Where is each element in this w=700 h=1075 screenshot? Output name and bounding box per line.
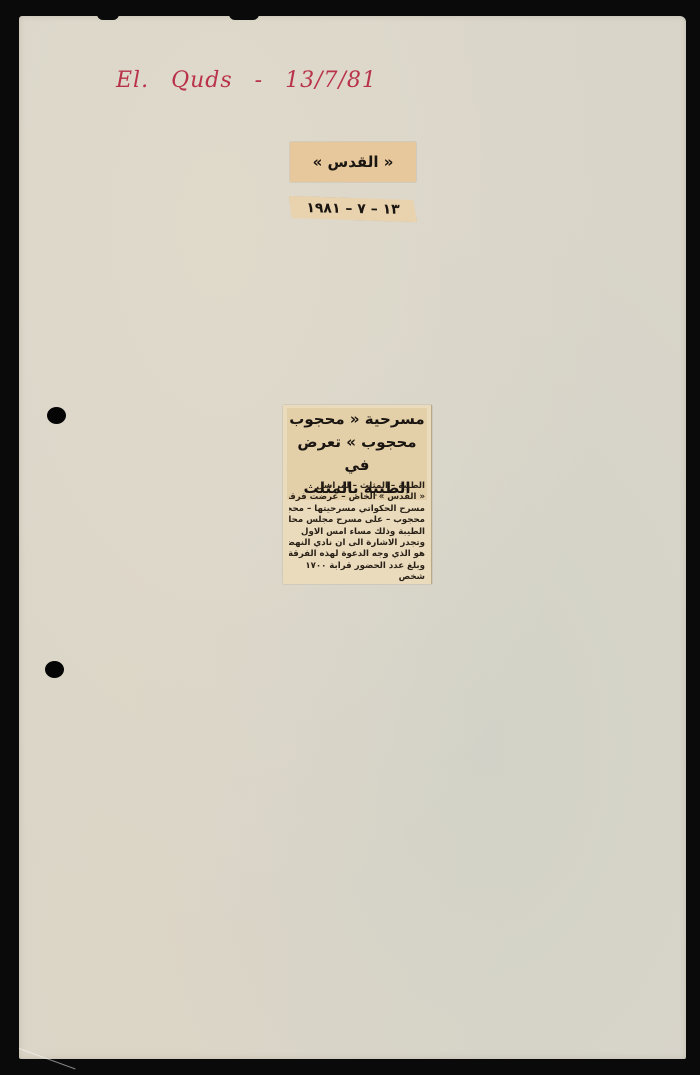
handwritten-annotation: El. Quds - 13/7/81 — [116, 68, 377, 93]
date-text: ١٣ – ٧ – ١٩٨١ — [306, 200, 399, 218]
masthead-clipping: « القدس » — [290, 142, 416, 182]
headline-line: مسرحية « محجوب — [287, 408, 427, 431]
masthead-text: « القدس » — [313, 153, 394, 171]
body-line: شخص — [289, 572, 425, 583]
body-line: « القدس » الخاص – عرضت فرقة — [289, 492, 425, 503]
punch-hole-icon — [45, 661, 64, 678]
article-clipping: مسرحية « محجوب محجوب » تعرض في الطيبة با… — [283, 405, 432, 584]
paper-crease — [19, 1048, 76, 1069]
body-line: وبلغ عدد الحضور قرابة ١٧٠٠ — [289, 561, 425, 572]
body-line: الطيبة وذلك مساء امس الاول — [289, 527, 425, 538]
body-line: هو الذي وجه الدعوة لهذه الفرقة ، — [289, 549, 425, 560]
body-line: الطيبة – المثلث – لمراسل — [289, 481, 425, 492]
punch-hole-icon — [47, 407, 66, 424]
date-clipping: ١٣ – ٧ – ١٩٨١ — [289, 196, 417, 222]
headline-line: محجوب » تعرض في — [287, 431, 427, 477]
article-body: الطيبة – المثلث – لمراسل « القدس » الخاص… — [289, 481, 425, 584]
paper-edge-notch — [97, 14, 119, 20]
document-page: El. Quds - 13/7/81 « القدس » ١٣ – ٧ – ١٩… — [19, 16, 686, 1059]
paper-edge-notch — [229, 14, 259, 20]
body-line: وتجدر الاشارة الى ان نادي النهضة — [289, 538, 425, 549]
body-line: محجوب – على مسرح مجلس محلي — [289, 515, 425, 526]
body-line: مسرح الحكواتي مسرحيتها – محجوب — [289, 504, 425, 515]
